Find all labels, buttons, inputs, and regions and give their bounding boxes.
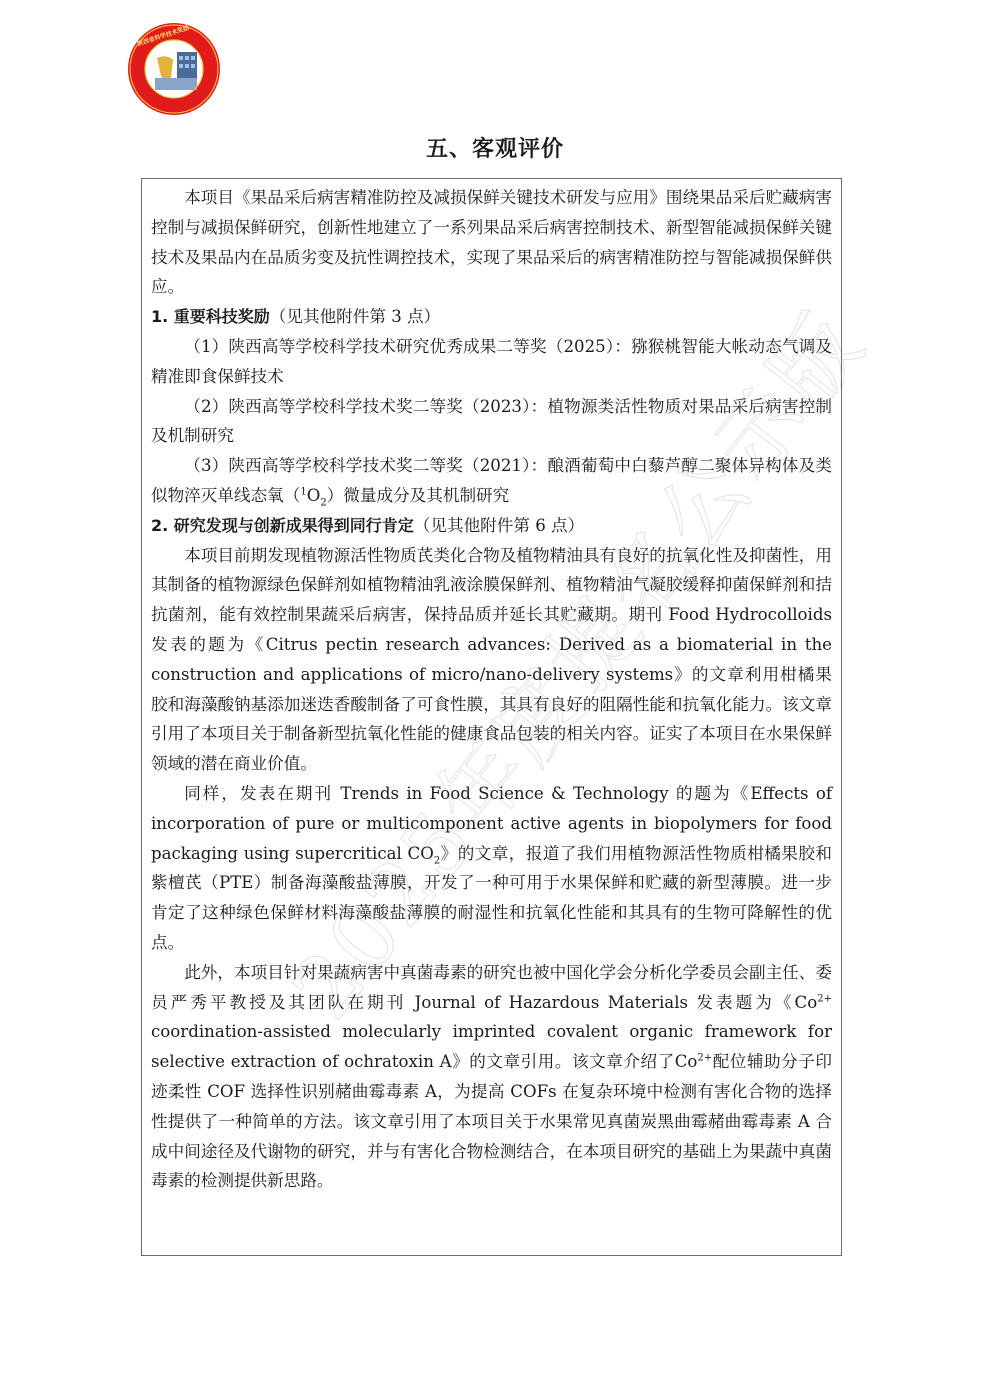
section-2-note: （见其他附件第 6 点） bbox=[414, 516, 584, 535]
award-item-3: （3）陕西高等学校科学技术奖二等奖（2021）：酿酒葡萄中白藜芦醇二聚体异构体及… bbox=[151, 451, 832, 511]
award-item-1: （1）陕西高等学校科学技术研究优秀成果二等奖（2025）：猕猴桃智能大帐动态气调… bbox=[151, 332, 832, 392]
superscript: 2+ bbox=[697, 1053, 712, 1064]
superscript: 2+ bbox=[817, 993, 832, 1004]
evaluation-box: 本项目《果品采后病害精准防控及减损保鲜关键技术研发与应用》围绕果品采后贮藏病害控… bbox=[141, 178, 842, 1256]
peer-recognition-paragraph-1: 本项目前期发现植物源活性物质芪类化合物及植物精油具有良好的抗氧化性及抑菌性，用其… bbox=[151, 541, 832, 779]
award-3-text-end: ）微量成分及其机制研究 bbox=[327, 486, 510, 505]
p3-text-c: 配位辅助分子印迹柔性 COF 选择性识别赭曲霉毒素 A，为提高 COFs 在复杂… bbox=[151, 1052, 832, 1190]
peer-recognition-paragraph-3: 此外，本项目针对果蔬病害中真菌毒素的研究也被中国化学会分析化学委员会副主任、委员… bbox=[151, 958, 832, 1196]
section-1-title: 1. 重要科技奖励 bbox=[151, 307, 270, 326]
section-1-heading: 1. 重要科技奖励（见其他附件第 3 点） bbox=[151, 302, 832, 332]
page-title: 五、客观评价 bbox=[0, 132, 990, 163]
peer-recognition-paragraph-2: 同样，发表在期刊 Trends in Food Science & Techno… bbox=[151, 779, 832, 958]
section-1-note: （见其他附件第 3 点） bbox=[270, 307, 440, 326]
award-item-2: （2）陕西高等学校科学技术奖二等奖（2023）：植物源类活性物质对果品采后病害控… bbox=[151, 392, 832, 452]
p3-text-a: 此外，本项目针对果蔬病害中真菌毒素的研究也被中国化学会分析化学委员会副主任、委员… bbox=[151, 963, 832, 1012]
section-2-title: 2. 研究发现与创新成果得到同行肯定 bbox=[151, 516, 414, 535]
section-2-heading: 2. 研究发现与创新成果得到同行肯定（见其他附件第 6 点） bbox=[151, 511, 832, 541]
award-3-oxygen: O bbox=[307, 486, 321, 505]
seal-icon: 陕西省科学技术奖励 bbox=[127, 22, 221, 116]
emblem-logo: 陕西省科学技术奖励 bbox=[127, 22, 221, 116]
intro-paragraph: 本项目《果品采后病害精准防控及减损保鲜关键技术研发与应用》围绕果品采后贮藏病害控… bbox=[151, 183, 832, 302]
